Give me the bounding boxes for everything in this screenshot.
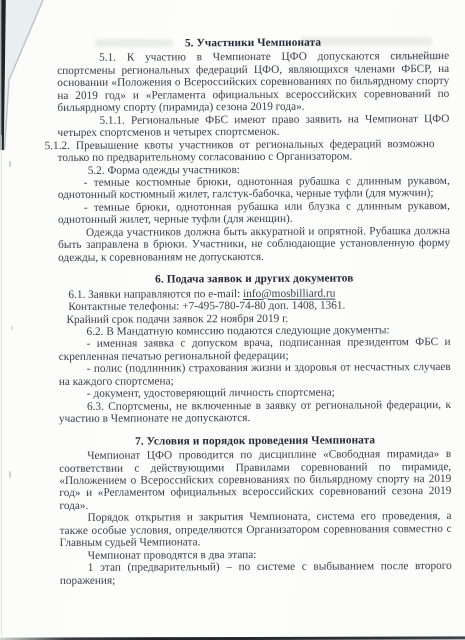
- para-5-1-2: 5.1.2. Превышение квоты участников от ре…: [58, 138, 435, 165]
- scan-speck: [11, 326, 13, 330]
- para-6-1-text: 6.1. Заявки направляются по e-mail:: [68, 288, 243, 301]
- section-5-heading: 5. Участники Чемпионата: [57, 36, 449, 51]
- para-6-2-doc1: - именная заявка с допуском врача, подпи…: [59, 336, 451, 363]
- scanner-outer-edge: [0, 0, 1, 150]
- scan-bottom-edge: [0, 636, 465, 640]
- paper-edge-line: [5, 0, 44, 150]
- para-5-2-men-dress: - темные костюмные брюки, однотонная руб…: [58, 175, 450, 202]
- para-7-2: Порядок открытия и закрытия Чемпионата, …: [59, 510, 451, 549]
- para-6-3: 6.3. Спортсмены, не включенные в заявку …: [59, 399, 451, 426]
- para-7-stage-1: 1 этап (предварительный) – по системе с …: [60, 560, 452, 587]
- scan-speck: [9, 471, 11, 478]
- para-5-1-1: 5.1.1. Региональные ФБС имеют право заяв…: [57, 113, 449, 140]
- scan-left-edge: [1, 135, 2, 636]
- section-7-heading: 7. Условия и порядок проведения Чемпиона…: [59, 434, 451, 449]
- scan-corner-artifact: [0, 0, 60, 160]
- section-6-heading: 6. Подача заявок и других документов: [58, 272, 450, 287]
- document-body: 5. Участники Чемпионата 5.1. К участию в…: [57, 36, 452, 587]
- para-5-2-note: Одежда участников должна быть аккуратной…: [58, 225, 450, 264]
- scanned-page: 5. Участники Чемпионата 5.1. К участию в…: [0, 0, 465, 640]
- scan-dark-edge: [1, 0, 6, 150]
- para-5-2-women-dress: - темные брюки, однотонная рубашка или б…: [58, 200, 450, 227]
- scanner-background-triangle: [1, 0, 43, 150]
- para-6-2-doc2: - полис (подлинник) страхования жизни и …: [59, 361, 451, 388]
- scan-speck: [9, 161, 11, 167]
- para-7-1: Чемпионат ЦФО проводится по дисциплине «…: [59, 448, 451, 512]
- para-5-1: 5.1. К участию в Чемпионате ЦФО допускаю…: [57, 50, 449, 114]
- email-address: info@mosbilliard.ru: [243, 287, 335, 299]
